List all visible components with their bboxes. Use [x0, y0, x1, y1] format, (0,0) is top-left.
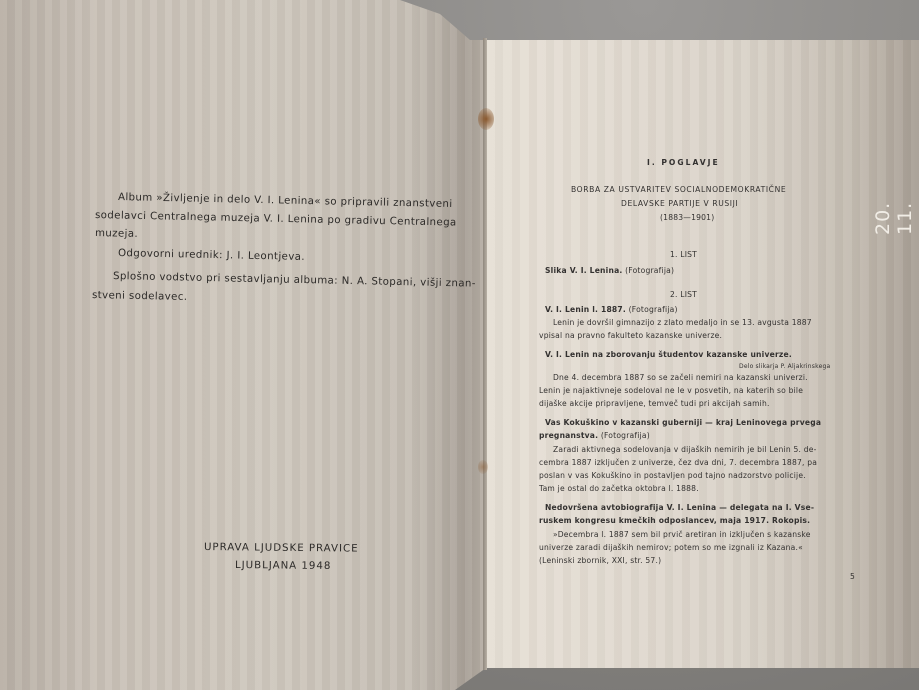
entry-text: Tam je ostal do začetka oktobra l. 1888. — [539, 484, 699, 493]
direction-line-2: stveni sodelavec. — [92, 290, 188, 303]
entry-heading: Slika V. I. Lenina. — [545, 266, 623, 275]
staple-rust-mark — [478, 460, 488, 474]
chapter-title-line-1: BORBA ZA USTVARITEV SOCIALNODEMOKRATIČNE — [571, 185, 786, 194]
entry-heading: Vas Kokuškino v kazanski guberniji — kra… — [545, 418, 821, 427]
entry-lenin-1887: V. I. Lenin l. 1887. (Fotografija) — [545, 305, 678, 314]
entry-text: Dne 4. decembra 1887 so se začeli nemiri… — [553, 373, 808, 382]
entry-note: (Fotografija) — [601, 431, 650, 440]
chapter-years: (1883—1901) — [660, 213, 714, 222]
photo-timestamp: 20. 11. 2024 21:53 — [872, 175, 919, 235]
entry-note: (Fotografija) — [625, 266, 674, 275]
publisher: UPRAVA LJUDSKE PRAVICE — [204, 542, 359, 555]
entry-text: vpisal na pravno fakulteto kazanske univ… — [539, 331, 722, 340]
page-number: 5 — [850, 572, 855, 581]
book-spine — [483, 38, 487, 670]
entry-text: poslan v vas Kokuškino in postavljen pod… — [539, 471, 806, 480]
entry-text: Zaradi aktivnega sodelovanja v dijaških … — [553, 445, 817, 454]
entry-text: (Leninski zbornik, XXI, str. 57.) — [539, 556, 661, 565]
entry-text: »Decembra l. 1887 sem bil prvič aretiran… — [553, 530, 811, 539]
entry-text: Lenin je najaktivneje sodeloval ne le v … — [539, 386, 803, 395]
entry-text: cembra 1887 izključen z univerze, čez dv… — [539, 458, 817, 467]
entry-heading-cont: pregnanstva. (Fotografija) — [539, 431, 650, 440]
entry-text: dijaške akcije pripravljene, temveč tudi… — [539, 399, 770, 408]
left-page — [0, 0, 486, 690]
entry-text: univerze zaradi dijaških nemirov; potem … — [539, 543, 803, 552]
entry-heading: pregnanstva. — [539, 431, 598, 440]
sheet-label-2: 2. LIST — [670, 290, 697, 299]
entry-heading: V. I. Lenin na zborovanju študentov kaza… — [545, 350, 792, 359]
entry-heading: ruskem kongresu kmečkih odposlancev, maj… — [539, 516, 810, 525]
entry-photo-lenin: Slika V. I. Lenina. (Fotografija) — [545, 266, 674, 275]
staple-rust-mark — [478, 108, 494, 130]
place-year: LJUBLJANA 1948 — [235, 560, 331, 572]
entry-heading: V. I. Lenin l. 1887. — [545, 305, 626, 314]
entry-note: (Fotografija) — [629, 305, 678, 314]
sheet-label-1: 1. LIST — [670, 250, 697, 259]
credits-line-3: muzeja. — [95, 228, 138, 240]
chapter-heading: I. POGLAVJE — [647, 158, 720, 167]
chapter-title-line-2: DELAVSKE PARTIJE V RUSIJI — [621, 199, 738, 208]
entry-text: Lenin je dovršil gimnazijo z zlato medal… — [553, 318, 812, 327]
entry-note: Delo slikarja P. Aljakrinskega — [739, 363, 830, 370]
entry-heading: Nedovršena avtobiografija V. I. Lenina —… — [545, 503, 814, 512]
